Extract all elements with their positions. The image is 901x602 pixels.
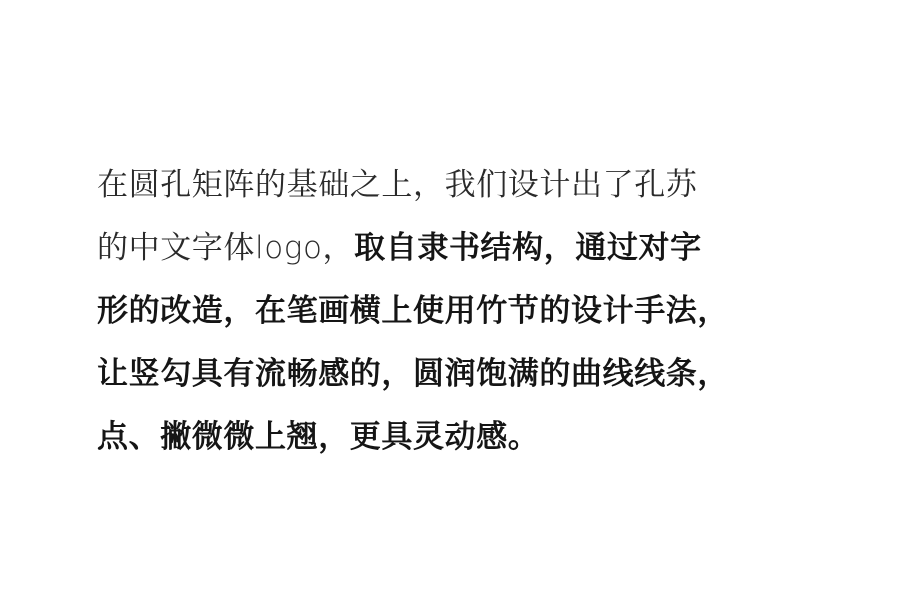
- paragraph-line-5: 点、撇微微上翘，更具灵动感。: [97, 406, 812, 469]
- paragraph-line-4: 让竖勾具有流畅感的，圆润饱满的曲线线条，: [97, 343, 812, 406]
- bold-text: 点、撇微微上翘，更具灵动感。: [97, 419, 539, 455]
- paragraph-line-2: 的中文字体logo，取自隶书结构，通过对字: [97, 217, 812, 280]
- paragraph-line-3: 形的改造，在笔画横上使用竹节的设计手法，: [97, 280, 812, 343]
- paragraph-line-1: 在圆孔矩阵的基础之上，我们设计出了孔苏: [97, 154, 812, 217]
- regular-text: 在圆孔矩阵的基础之上，我们设计出了孔苏: [97, 167, 697, 203]
- regular-text: 的中文字体logo，: [97, 230, 354, 266]
- bold-text: 让竖勾具有流畅感的，圆润饱满的曲线线条，: [97, 356, 729, 392]
- description-paragraph: 在圆孔矩阵的基础之上，我们设计出了孔苏 的中文字体logo，取自隶书结构，通过对…: [97, 154, 812, 469]
- bold-text: 取自隶书结构，通过对字: [354, 230, 702, 266]
- bold-text: 形的改造，在笔画横上使用竹节的设计手法，: [97, 293, 729, 329]
